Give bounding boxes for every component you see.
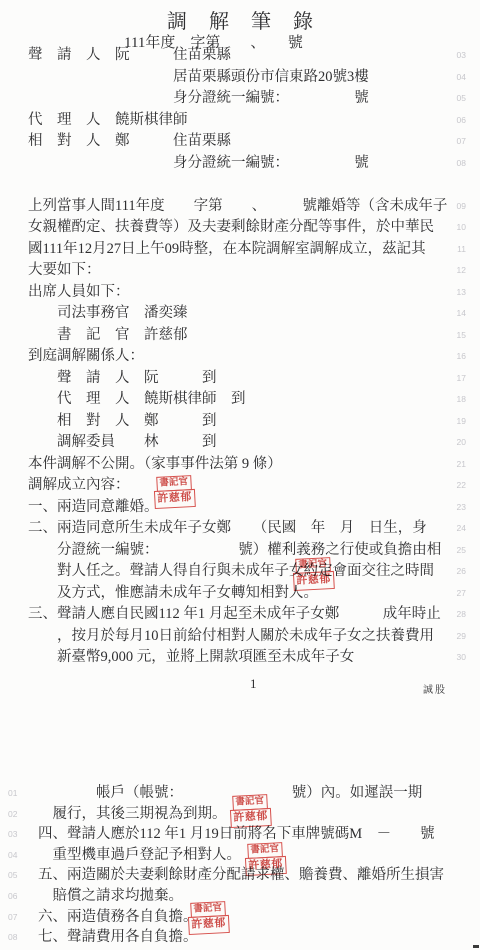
clerk-line: 書 記 官 許慈郁15 <box>0 325 480 347</box>
doc-line: 分證統一編號： 號）權利義務之行使或負擔由相25 <box>0 540 480 562</box>
line-text: 代 理 人 饒斯棋律師 <box>28 112 188 128</box>
term-2-line: 二、兩造同意所生未成年子女鄭 （民國 年 月 日生，身24 <box>0 518 480 540</box>
line-number: 14 <box>457 309 466 318</box>
doc-line: 女親權酌定、扶養費等）及夫妻剩餘財產分配等事件，於中華民10 <box>0 217 480 239</box>
line-number: 28 <box>457 610 466 619</box>
claimant-address-line: 居苗栗縣頭份市信東路20號3樓04 <box>0 67 480 89</box>
doc-line: 04 重型機車過戶登記予相對人。 <box>0 845 480 866</box>
attendees-heading-line: 出席人員如下：13 <box>0 282 480 304</box>
line-number: 02 <box>8 810 17 819</box>
line-number: 29 <box>457 632 466 641</box>
doc-line: 聲 請 人 阮 到17 <box>0 368 480 390</box>
term-1-line: 一、兩造同意離婚。23 <box>0 497 480 519</box>
line-text: 調解委員 林 到 <box>28 434 217 450</box>
doc-line: 國111年12月27日上午09時整，在本院調解室調解成立，茲記其11 <box>0 239 480 261</box>
participants-heading-line: 到庭調解關係人：16 <box>0 346 480 368</box>
line-text: 二、兩造同意所生未成年子女鄭 （民國 年 月 日生，身 <box>28 520 427 536</box>
doc-line: 相 對 人 鄭 到19 <box>0 411 480 433</box>
line-number: 15 <box>457 331 466 340</box>
line-text: 一、兩造同意離婚。 <box>28 499 159 515</box>
line-text: 上列當事人間111年度 字第 、 號離婚等（含未成年子 <box>28 198 447 214</box>
division-label: 誠股 <box>423 681 447 696</box>
line-number: 23 <box>457 503 466 512</box>
line-number: 13 <box>457 288 466 297</box>
line-text: 代 理 人 饒斯棋律師 到 <box>28 391 246 407</box>
line-number: 30 <box>457 653 466 662</box>
line-number: 27 <box>457 589 466 598</box>
line-text: 調解成立內容： <box>28 477 130 493</box>
line-text: 賠償之請求均拋棄。 <box>38 888 183 904</box>
line-text: 大要如下： <box>28 262 101 278</box>
doc-line: 06 賠償之請求均拋棄。 <box>0 886 480 907</box>
line-text: 新臺幣9,000 元，並將上開款項匯至未成年子女 <box>28 649 354 665</box>
line-text: 出席人員如下： <box>28 284 130 300</box>
line-number: 20 <box>457 438 466 447</box>
page-number: 1 <box>250 676 257 692</box>
line-text: 司法事務官 潘奕臻 <box>28 305 188 321</box>
line-text: 身分證統一編號： 號 <box>28 90 369 106</box>
line-number: 18 <box>457 395 466 404</box>
line-text: 五、兩造關於夫妻剩餘財產分配請求權、贍養費、離婚所生損害 <box>38 867 444 883</box>
line-number: 06 <box>8 892 17 901</box>
line-number: 11 <box>457 245 466 254</box>
blank-line <box>0 174 480 196</box>
line-text: 聲 請 人 阮 到 <box>28 370 217 386</box>
line-number: 24 <box>457 524 466 533</box>
line-number: 08 <box>8 933 17 942</box>
line-text: 女親權酌定、扶養費等）及夫妻剩餘財產分配等事件，於中華民 <box>28 219 434 235</box>
claimant-line: 聲 請 人 阮 住苗栗縣03 <box>0 45 480 67</box>
line-number: 17 <box>457 374 466 383</box>
doc-line: 02 履行，其後三期視為到期。 <box>0 804 480 825</box>
doc-line: ，按月於每月10日前給付相對人關於未成年子女之扶養費用29 <box>0 626 480 648</box>
line-number: 09 <box>457 202 466 211</box>
mediator-line: 調解委員 林 到20 <box>0 432 480 454</box>
line-number: 26 <box>457 567 466 576</box>
line-number: 07 <box>8 913 17 922</box>
line-number: 05 <box>457 94 466 103</box>
term-6-line: 07六、兩造債務各自負擔。 <box>0 907 480 928</box>
line-number: 06 <box>457 116 466 125</box>
doc-line: 新臺幣9,000 元，並將上開款項匯至未成年子女30 <box>0 647 480 669</box>
line-number: 25 <box>457 546 466 555</box>
line-text: 居苗栗縣頭份市信東路20號3樓 <box>28 69 369 85</box>
line-number: 12 <box>457 266 466 275</box>
line-text: 三、聲請人應自民國112 年1 月起至未成年子女鄭 成年時止 <box>28 606 441 622</box>
line-text: ，按月於每月10日前給付相對人關於未成年子女之扶養費用 <box>28 628 434 644</box>
line-number: 03 <box>8 830 17 839</box>
line-text: 履行，其後三期視為到期。 <box>38 806 227 822</box>
scan-artifact <box>473 945 479 948</box>
doc-line: 及方式，惟應請未成年子女轉知相對人。27 <box>0 583 480 605</box>
term-7-line: 08七、聲請費用各自負擔。 <box>0 927 480 948</box>
document-title: 調解筆錄 <box>0 5 480 34</box>
line-text: 七、聲請費用各自負擔。 <box>38 929 198 945</box>
line-number: 16 <box>457 352 466 361</box>
line-number: 07 <box>457 137 466 146</box>
line-number: 03 <box>457 51 466 60</box>
line-number: 05 <box>8 871 17 880</box>
doc-line: 01 帳戶（帳號： 號）內。如遲誤一期 <box>0 783 480 804</box>
claimant-id-line: 身分證統一編號： 號05 <box>0 88 480 110</box>
term-3-line: 三、聲請人應自民國112 年1 月起至未成年子女鄭 成年時止28 <box>0 604 480 626</box>
line-text: 六、兩造債務各自負擔。 <box>38 909 198 925</box>
line-text: 聲 請 人 阮 住苗栗縣 <box>28 47 231 63</box>
doc-line: 上列當事人間111年度 字第 、 號離婚等（含未成年子09 <box>0 196 480 218</box>
line-number: 22 <box>457 481 466 490</box>
doc-line: 代 理 人 饒斯棋律師 到18 <box>0 389 480 411</box>
line-text: 相 對 人 鄭 到 <box>28 413 217 429</box>
line-text: 到庭調解關係人： <box>28 348 144 364</box>
line-text: 相 對 人 鄭 住苗栗縣 <box>28 133 231 149</box>
page2-body: 01 帳戶（帳號： 號）內。如遲誤一期 02 履行，其後三期視為到期。 03四、… <box>0 783 480 948</box>
page1-body: 聲 請 人 阮 住苗栗縣03 居苗栗縣頭份市信東路20號3樓04 身分證統一編號… <box>0 45 480 669</box>
line-text: 四、聲請人應於112 年1 月19日前將名下車牌號碼M － 號 <box>38 826 435 842</box>
line-number: 19 <box>457 417 466 426</box>
line-text: 及方式，惟應請未成年子女轉知相對人。 <box>28 585 318 601</box>
term-4-line: 03四、聲請人應於112 年1 月19日前將名下車牌號碼M － 號 <box>0 824 480 845</box>
line-text: 本件調解不公開。（家事事件法第 9 條） <box>28 456 282 472</box>
line-text: 身分證統一編號： 號 <box>28 155 369 171</box>
line-text: 帳戶（帳號： 號）內。如遲誤一期 <box>38 785 422 801</box>
doc-line: 對人任之。聲請人得自行與未成年子女約定會面交往之時間26 <box>0 561 480 583</box>
agreement-heading-line: 調解成立內容：22 <box>0 475 480 497</box>
doc-line: 大要如下：12 <box>0 260 480 282</box>
judicial-officer-line: 司法事務官 潘奕臻14 <box>0 303 480 325</box>
line-text: 書 記 官 許慈郁 <box>28 327 188 343</box>
line-text: 對人任之。聲請人得自行與未成年子女約定會面交往之時間 <box>28 563 434 579</box>
line-text: 重型機車過戶登記予相對人。 <box>38 847 241 863</box>
line-text: 國111年12月27日上午09時整，在本院調解室調解成立，茲記其 <box>28 241 426 257</box>
scanned-document-page: 調解筆錄 111年度 字第 、 號 聲 請 人 阮 住苗栗縣03 居苗栗縣頭份市… <box>0 0 480 950</box>
agent-line: 代 理 人 饒斯棋律師06 <box>0 110 480 132</box>
line-number: 04 <box>8 851 17 860</box>
respondent-line: 相 對 人 鄭 住苗栗縣07 <box>0 131 480 153</box>
line-number: 01 <box>8 789 17 798</box>
line-number: 08 <box>457 159 466 168</box>
line-number: 10 <box>457 223 466 232</box>
line-text: 分證統一編號： 號）權利義務之行使或負擔由相 <box>28 542 441 558</box>
term-5-line: 05五、兩造關於夫妻剩餘財產分配請求權、贍養費、離婚所生損害 <box>0 865 480 886</box>
line-number: 04 <box>457 73 466 82</box>
line-number: 21 <box>457 460 466 469</box>
doc-line: 本件調解不公開。（家事事件法第 9 條）21 <box>0 454 480 476</box>
respondent-id-line: 身分證統一編號： 號08 <box>0 153 480 175</box>
